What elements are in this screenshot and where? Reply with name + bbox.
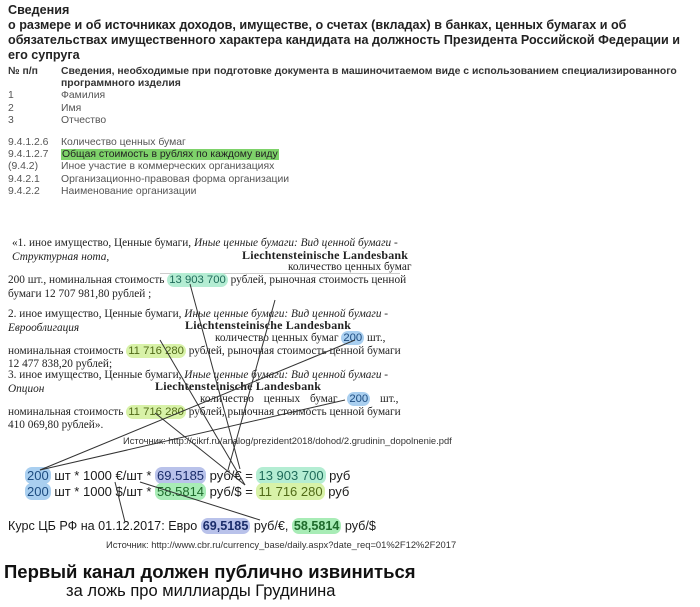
table-row: 9.4.1.2.6 Количество ценных бумаг: [8, 137, 698, 149]
row-num: 9.4.2.2: [8, 186, 61, 198]
item3-market-value: 410 069,80 рублей».: [8, 419, 103, 431]
table-row: (9.4.2) Иное участие в коммерческих орга…: [8, 161, 698, 173]
row-text: Отчество: [61, 115, 698, 127]
fields-table: № п/п Сведения, необходимые при подготов…: [8, 66, 698, 198]
text: шт * 1000 $/шт *: [51, 484, 155, 499]
item2-type: Еврооблигация: [8, 322, 79, 334]
row-text: Фамилия: [61, 90, 698, 102]
row-num: 9.4.1.2.6: [8, 137, 61, 149]
calc-usd-result: 11 716 280: [256, 483, 324, 500]
text: руб: [326, 468, 351, 483]
text: рублей, рыночная стоимость ценной бумаги: [186, 345, 401, 357]
headline: Первый канал должен публично извиниться: [4, 561, 416, 583]
col-num-header: № п/п: [8, 66, 61, 90]
item2-line: номинальная стоимость 11 716 280 рублей,…: [8, 345, 401, 357]
text: шт.,: [364, 332, 385, 344]
text: количество ценных бумаг: [215, 332, 341, 344]
row-num: 2: [8, 103, 61, 115]
text: шт.,: [370, 393, 398, 405]
item3-qty-highlight: 200: [347, 392, 370, 406]
row-num: 1: [8, 90, 61, 102]
calculation: 200 шт * 1000 €/шт * 69.5185 руб/€ = 13 …: [25, 468, 350, 500]
row-text: Наименование организации: [61, 186, 698, 198]
row-num: 3: [8, 115, 61, 127]
text: руб/€,: [250, 519, 292, 533]
calc-row-usd: 200 шт * 1000 $/шт * 58.5814 руб/$ = 11 …: [25, 484, 350, 500]
item1-market-value: бумаги 12 707 981,80 рублей ;: [8, 288, 151, 300]
text: руб/$ =: [206, 484, 256, 499]
text: рублей, рыночная стоимость ценной бумаги: [186, 406, 401, 418]
declaration-source-link[interactable]: Источник: http://cikrf.ru/analog/prezide…: [123, 435, 452, 446]
row-text: Организационно-правовая форма организаци…: [61, 174, 698, 186]
table-row: 3 Отчество: [8, 115, 698, 127]
item1-prefix: «1. иное имущество, Ценные бумаги,: [12, 237, 194, 249]
item3-line: номинальная стоимость 11 716 280 рублей,…: [8, 406, 401, 418]
text: руб/$: [341, 519, 376, 533]
exchange-rate: Курс ЦБ РФ на 01.12.2017: Евро 69,5185 р…: [8, 519, 376, 533]
calc-qty: 200: [25, 467, 51, 484]
header-subtitle: о размере и об источниках доходов, имуще…: [8, 18, 680, 62]
subline: за ложь про миллиарды Грудинина: [66, 582, 335, 601]
text: руб/€ =: [206, 468, 256, 483]
text: руб: [325, 484, 350, 499]
item3-qty: количество ценных бумаг 200 шт.,: [200, 393, 398, 405]
row-text: Количество ценных бумаг: [61, 137, 698, 149]
text: номинальная стоимость: [8, 406, 126, 418]
row-text: Иное участие в коммерческих организациях: [61, 161, 698, 173]
table-row: 2 Имя: [8, 103, 698, 115]
table-row-highlighted: 9.4.1.2.7 Общая стоимость в рублях по ка…: [8, 149, 698, 161]
item3-nominal-highlight: 11 716 280: [126, 405, 186, 419]
item2-nominal-highlight: 11 716 280: [126, 344, 186, 358]
text: количество ценных бумаг: [200, 393, 347, 405]
item2-bank: Liechtensteinische Landesbank: [185, 318, 351, 333]
table-header-row: № п/п Сведения, необходимые при подготов…: [8, 66, 698, 90]
text: 200 шт., номинальная стоимость: [8, 274, 167, 286]
table-row: 9.4.2.1 Организационно-правовая форма ор…: [8, 174, 698, 186]
calc-qty: 200: [25, 483, 51, 500]
text: рублей, рыночная стоимость ценной: [228, 274, 406, 286]
table-row: 1 Фамилия: [8, 90, 698, 102]
text: Курс ЦБ РФ на 01.12.2017: Евро: [8, 519, 201, 533]
highlighted-row-text: Общая стоимость в рублях по каждому виду: [61, 149, 279, 160]
calc-usd-rate: 58.5814: [155, 483, 206, 500]
text: шт * 1000 €/шт *: [51, 468, 155, 483]
row-num: 9.4.1.2.7: [8, 149, 61, 161]
row-text: Имя: [61, 103, 698, 115]
col-desc-header: Сведения, необходимые при подготовке док…: [61, 66, 698, 90]
rate-eur: 69,5185: [201, 518, 251, 534]
cbr-source-link[interactable]: Источник: http://www.cbr.ru/currency_bas…: [106, 539, 456, 550]
row-num: 9.4.2.1: [8, 174, 61, 186]
item2-qty: количество ценных бумаг 200 шт.,: [215, 332, 385, 344]
text: номинальная стоимость: [8, 345, 126, 357]
item1-nominal-highlight: 13 903 700: [167, 273, 228, 287]
item1-line: 200 шт., номинальная стоимость 13 903 70…: [8, 274, 406, 286]
text: 2. иное имущество, Ценные бумаги,: [8, 308, 184, 320]
item3-type: Опцион: [8, 383, 44, 395]
calc-row-eur: 200 шт * 1000 €/шт * 69.5185 руб/€ = 13 …: [25, 468, 350, 484]
row-num: (9.4.2): [8, 161, 61, 173]
item2-qty-highlight: 200: [341, 331, 364, 345]
table-row: 9.4.2.2 Наименование организации: [8, 186, 698, 198]
calc-eur-result: 13 903 700: [256, 467, 325, 484]
header-title: Сведения: [8, 3, 698, 18]
item1-qty-label: количество ценных бумаг: [288, 261, 412, 273]
calc-eur-rate: 69.5185: [155, 467, 206, 484]
item3-bank: Liechtensteinische Landesbank: [155, 379, 321, 394]
document-header: Сведения о размере и об источниках доход…: [8, 3, 698, 63]
rate-usd: 58,5814: [292, 518, 342, 534]
